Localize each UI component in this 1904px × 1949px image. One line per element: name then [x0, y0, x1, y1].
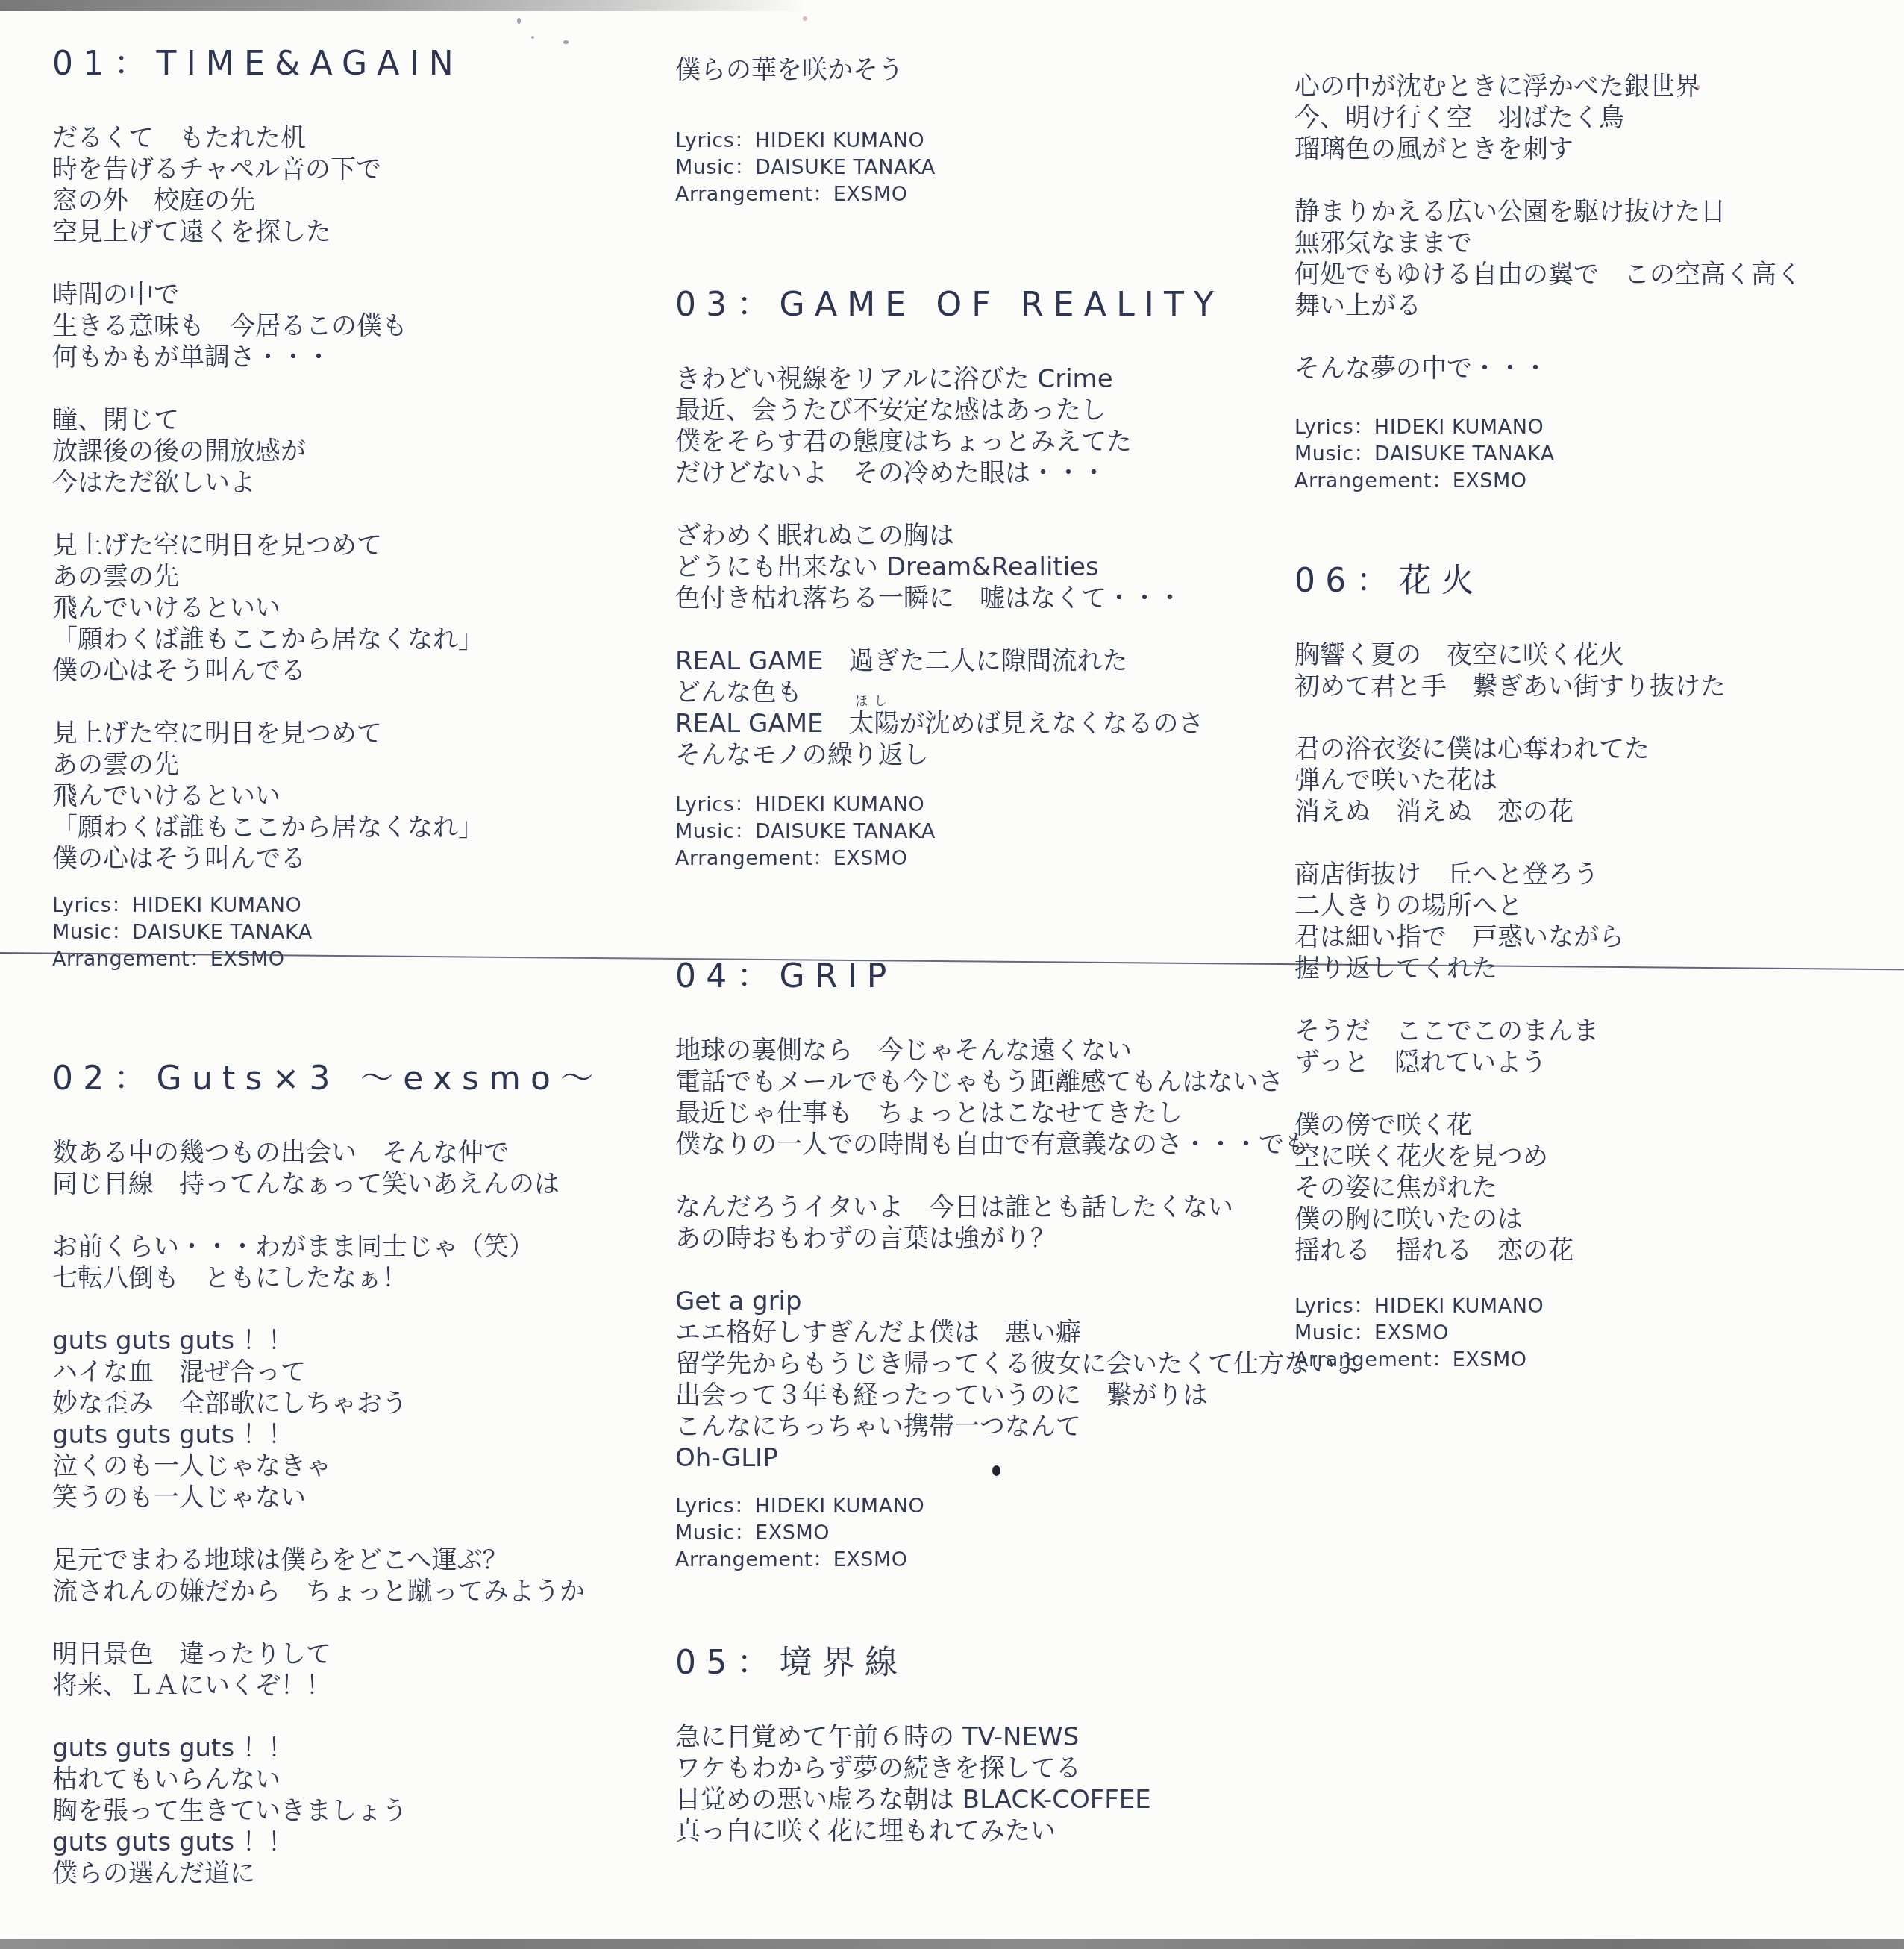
- song-03-credits: Lyrics：HIDEKI KUMANO Music：DAISUKE TANAK…: [675, 792, 1224, 872]
- credit-lyrics: Lyrics：HIDEKI KUMANO: [675, 1493, 1360, 1520]
- lyric-line: 「願わくば誰もここから居なくなれ」: [52, 624, 483, 655]
- lyric-line: どんな色も: [675, 677, 1224, 708]
- song-06-title: 06：花火: [1294, 562, 1726, 601]
- lyric-line: 生きる意味も 今居るこの僕も: [52, 310, 483, 342]
- song-05-section: 05：境界線 急に目覚めて午前６時の TV-NEWSワケもわからず夢の続きを探し…: [675, 1644, 1151, 1878]
- lyric-line: 留学先からもうじき帰ってくる彼女に会いたくて仕方ないよ: [675, 1348, 1360, 1380]
- lyric-line: 枯れてもいらんない: [52, 1764, 603, 1795]
- lyric-line: 何もかもが単調さ・・・: [52, 342, 483, 373]
- lyric-line: 何処でもゆける自由の翼で この空高く高く: [1294, 259, 1802, 290]
- lyric-line: 出会って３年も経ったっていうのに 繋がりは: [675, 1380, 1360, 1411]
- song-06-credits: Lyrics：HIDEKI KUMANO Music：EXSMO Arrange…: [1294, 1293, 1726, 1374]
- lyric-line: 妙な歪み 全部歌にしちゃおう: [52, 1388, 603, 1419]
- lyric-line: guts guts guts ！！: [52, 1325, 603, 1357]
- song-05-stanza-1: 急に目覚めて午前６時の TV-NEWSワケもわからず夢の続きを探してる目覚めの悪…: [675, 1721, 1151, 1847]
- lyric-line: 放課後の後の開放感が: [52, 436, 483, 467]
- credit-arrangement: Arrangement：EXSMO: [1294, 468, 1802, 495]
- furigana-prefix: REAL GAME: [675, 709, 849, 739]
- scan-bottom-edge-shadow: [0, 1939, 1904, 1949]
- lyric-line: 僕の傍で咲く花: [1294, 1110, 1726, 1141]
- credit-arrangement: Arrangement：EXSMO: [675, 181, 936, 208]
- credit-lyrics: Lyrics：HIDEKI KUMANO: [1294, 1293, 1726, 1320]
- booklet-page: { "songs": { "s01": { "title": "01：TIME&…: [0, 0, 1904, 1949]
- song-01-stanza-4: 見上げた空に明日を見つめてあの雲の先飛んでいけるといい「願わくば誰もここから居な…: [52, 530, 483, 686]
- lyric-line: 胸響く夏の 夜空に咲く花火: [1294, 639, 1726, 671]
- lyric-line: 時間の中で: [52, 279, 483, 310]
- lyric-line: 僕なりの一人での時間も自由で有意義なのさ・・・でも: [675, 1129, 1360, 1160]
- lyric-line: 見上げた空に明日を見つめて: [52, 530, 483, 561]
- scan-speckle: [563, 40, 569, 44]
- lyric-line: 僕らの選んだ道に: [52, 1858, 603, 1889]
- lyric-line: 弾んで咲いた花は: [1294, 765, 1726, 796]
- lyric-line: 今はただ欲しいよ: [52, 467, 483, 498]
- credit-lyrics: Lyrics：HIDEKI KUMANO: [675, 128, 936, 154]
- song-01-closing-line: 僕らの華を咲かそう: [675, 54, 936, 86]
- lyric-line: 心の中が沈むときに浮かべた銀世界: [1294, 71, 1802, 102]
- song-03-stanza-2: ざわめく眠れぬこの胸はどうにも出来ない Dream&Realities色付き枯れ…: [675, 520, 1224, 614]
- song-01-credits: Lyrics：HIDEKI KUMANO Music：DAISUKE TANAK…: [52, 892, 483, 973]
- song-02-stanza-6: guts guts guts ！！枯れてもいらんない胸を張って生きていきましょう…: [52, 1733, 603, 1889]
- lyric-line: 瑠璃色の風がときを刺す: [1294, 134, 1802, 165]
- lyric-line: ざわめく眠れぬこの胸は: [675, 520, 1224, 551]
- lyric-line: 時を告げるチャペル音の下で: [52, 154, 483, 185]
- credit-arrangement: Arrangement：EXSMO: [1294, 1347, 1726, 1374]
- furigana-base: 太陽: [849, 709, 900, 739]
- lyric-line: あの雲の先: [52, 749, 483, 780]
- song-03-title: 03：GAME OF REALITY: [675, 286, 1224, 325]
- lyric-line: 舞い上がる: [1294, 290, 1802, 322]
- credit-music: Music：EXSMO: [1294, 1320, 1726, 1347]
- lyric-line: 地球の裏側なら 今じゃそんな遠くない: [675, 1035, 1360, 1066]
- credit-lyrics: Lyrics：HIDEKI KUMANO: [675, 792, 1224, 819]
- song-03-stanza-3-tail: そんなモノの繰り返し: [675, 739, 1224, 771]
- song-05-stanza-3: 静まりかえる広い公園を駆け抜けた日無邪気なままで何処でもゆける自由の翼で この空…: [1294, 196, 1802, 322]
- lyric-line: 急に目覚めて午前６時の TV-NEWS: [675, 1721, 1151, 1753]
- song-02-title: 02：Guts×3 ～exsmo～: [52, 1060, 603, 1098]
- song-01-stanza-2: 時間の中で生きる意味も 今居るこの僕も何もかもが単調さ・・・: [52, 279, 483, 373]
- lyric-line: きわどい視線をリアルに浴びた Crime: [675, 363, 1224, 395]
- lyric-line: あの時おもわずの言葉は強がり？: [675, 1223, 1360, 1254]
- lyric-line: 初めて君と手 繋ぎあい街すり抜けた: [1294, 671, 1726, 702]
- lyric-line: ワケもわからず夢の続きを探してる: [675, 1753, 1151, 1784]
- lyric-line: そうだ ここでこのまんま: [1294, 1016, 1726, 1047]
- lyric-line: 君は細い指で 戸惑いながら: [1294, 922, 1726, 953]
- lyric-line: 笑うのも一人じゃない: [52, 1482, 603, 1513]
- lyric-line: 泣くのも一人じゃなきゃ: [52, 1451, 603, 1482]
- lyric-line: 胸を張って生きていきましょう: [52, 1795, 603, 1827]
- lyric-line: 握り返してくれた: [1294, 953, 1726, 984]
- lyric-line: 電話でもメールでも今じゃもう距離感てもんはないさ: [675, 1066, 1360, 1098]
- song-04-stanza-3: Get a gripエエ格好しすぎんだよ僕は 悪い癖留学先からもうじき帰ってくる…: [675, 1286, 1360, 1474]
- lyric-line: 七転八倒も ともにしたなぁ！: [52, 1263, 603, 1294]
- furigana-suffix: が沈めば見えなくなるのさ: [900, 709, 1204, 739]
- credit-music: Music：DAISUKE TANAKA: [675, 154, 936, 181]
- lyric-line: 飛んでいけるといい: [52, 780, 483, 812]
- lyric-line: 空に咲く花火を見つめ: [1294, 1141, 1726, 1172]
- song-01-continuation-section: 僕らの華を咲かそう Lyrics：HIDEKI KUMANO Music：DAI…: [675, 54, 936, 208]
- lyric-line: 窓の外 校庭の先: [52, 185, 483, 216]
- lyric-line: ハイな血 混ぜ合って: [52, 1357, 603, 1388]
- lyric-line: 見上げた空に明日を見つめて: [52, 718, 483, 749]
- lyric-line: お前くらい・・・わがまま同士じゃ（笑）: [52, 1231, 603, 1263]
- song-01-stanza-1: だるくて もたれた机時を告げるチャペル音の下で窓の外 校庭の先空見上げて遠くを探…: [52, 122, 483, 248]
- song-04-section: 04：GRIP 地球の裏側なら 今じゃそんな遠くない電話でもメールでも今じゃもう…: [675, 957, 1360, 1574]
- scan-speckle: [1697, 85, 1700, 89]
- lyric-line: 二人きりの場所へと: [1294, 890, 1726, 922]
- lyric-line: だるくて もたれた机: [52, 122, 483, 154]
- lyric-line: なんだろうイタいよ 今日は誰とも話したくない: [675, 1192, 1360, 1223]
- credit-arrangement: Arrangement：EXSMO: [675, 845, 1224, 872]
- lyric-line: 無邪気なままで: [1294, 228, 1802, 259]
- song-03-section: 03：GAME OF REALITY きわどい視線をリアルに浴びた Crime最…: [675, 286, 1224, 872]
- lyric-line: REAL GAME 過ぎた二人に隙間流れた: [675, 645, 1224, 677]
- lyric-line: 明日景色 違ったりして: [52, 1639, 603, 1670]
- ink-dot-speckle: [992, 1465, 1000, 1476]
- lyric-line: guts guts guts ！！: [52, 1419, 603, 1451]
- lyric-line: 流されんの嫌だから ちょっと蹴ってみようか: [52, 1576, 603, 1607]
- song-05-continuation-section: 心の中が沈むときに浮かべた銀世界今、明け行く空 羽ばたく鳥瑠璃色の風がときを刺す…: [1294, 71, 1802, 495]
- lyric-line: 真っ白に咲く花に埋もれてみたい: [675, 1815, 1151, 1847]
- song-01-stanza-5: 見上げた空に明日を見つめてあの雲の先飛んでいけるといい「願わくば誰もここから居な…: [52, 718, 483, 875]
- lyric-line: 最近、会うたび不安定な感はあったし: [675, 395, 1224, 426]
- song-01-section: 01：TIME&AGAIN だるくて もたれた机時を告げるチャペル音の下で窓の外…: [52, 45, 483, 973]
- scan-top-edge-shadow: [0, 0, 806, 11]
- credit-arrangement: Arrangement：EXSMO: [52, 946, 483, 973]
- song-02-section: 02：Guts×3 ～exsmo～ 数ある中の幾つもの出会い そんな仲で同じ目線…: [52, 1060, 603, 1921]
- scan-speckle: [531, 36, 534, 39]
- credit-lyrics: Lyrics：HIDEKI KUMANO: [1294, 414, 1802, 441]
- lyric-line: 静まりかえる広い公園を駆け抜けた日: [1294, 196, 1802, 228]
- lyric-line: 消えぬ 消えぬ 恋の花: [1294, 796, 1726, 828]
- lyric-line: 同じ目線 持ってんなぁって笑いあえんのは: [52, 1169, 603, 1200]
- lyric-line: だけどないよ その冷めた眼は・・・: [675, 457, 1224, 489]
- lyric-line: あの雲の先: [52, 561, 483, 592]
- lyric-line: 今、明け行く空 羽ばたく鳥: [1294, 102, 1802, 134]
- song-01-stanza-3: 瞳、閉じて放課後の後の開放感が今はただ欲しいよ: [52, 404, 483, 498]
- lyric-line: 僕の胸に咲いたのは: [1294, 1204, 1726, 1235]
- lyric-line: ずっと 隠れていよう: [1294, 1047, 1726, 1078]
- lyric-line: 空見上げて遠くを探した: [52, 216, 483, 248]
- lyric-line: その姿に焦がれた: [1294, 1172, 1726, 1204]
- song-05-closing-line: そんな夢の中で・・・: [1294, 353, 1802, 384]
- lyric-line: どうにも出来ない Dream&Realities: [675, 551, 1224, 583]
- credit-arrangement: Arrangement：EXSMO: [675, 1547, 1360, 1574]
- song-06-stanza-4: そうだ ここでこのまんまずっと 隠れていよう: [1294, 1016, 1726, 1078]
- song-04-credits: Lyrics：HIDEKI KUMANO Music：EXSMO Arrange…: [675, 1493, 1360, 1574]
- song-03-stanza-1: きわどい視線をリアルに浴びた Crime最近、会うたび不安定な感はあったし僕をそ…: [675, 363, 1224, 489]
- lyric-line: 将来、ＬＡにいくぞ！！: [52, 1670, 603, 1701]
- credit-lyrics: Lyrics：HIDEKI KUMANO: [52, 892, 483, 919]
- lyric-line: 最近じゃ仕事も ちょっとはこなせてきたし: [675, 1098, 1360, 1129]
- credit-music: Music：DAISUKE TANAKA: [1294, 441, 1802, 468]
- lyric-line: 「願わくば誰もここから居なくなれ」: [52, 812, 483, 843]
- credit-music: Music：DAISUKE TANAKA: [675, 819, 1224, 845]
- scan-speckle: [803, 16, 807, 21]
- song-02-stanza-3: guts guts guts ！！ハイな血 混ぜ合って妙な歪み 全部歌にしちゃお…: [52, 1325, 603, 1513]
- lyric-line: 足元でまわる地球は僕らをどこへ運ぶ？: [52, 1545, 603, 1576]
- song-03-furigana-line: REAL GAME ほし太陽が沈めば見えなくなるのさ: [675, 708, 1224, 739]
- lyric-line: guts guts guts ！！: [52, 1827, 603, 1858]
- lyric-line: こんなにちっちゃい携帯一つなんて: [675, 1411, 1360, 1442]
- lyric-line: 僕をそらす君の態度はちょっとみえてた: [675, 426, 1224, 457]
- furigana-reading: ほし: [855, 695, 893, 708]
- song-04-stanza-1: 地球の裏側なら 今じゃそんな遠くない電話でもメールでも今じゃもう距離感てもんはな…: [675, 1035, 1360, 1160]
- credit-music: Music：EXSMO: [675, 1520, 1360, 1547]
- song-06-stanza-5: 僕の傍で咲く花空に咲く花火を見つめその姿に焦がれた僕の胸に咲いたのは揺れる 揺れ…: [1294, 1110, 1726, 1266]
- lyric-line: エエ格好しすぎんだよ僕は 悪い癖: [675, 1317, 1360, 1348]
- lyric-line: Oh-GLIP: [675, 1442, 1360, 1474]
- scan-speckle: [517, 18, 521, 24]
- song-02-stanza-4: 足元でまわる地球は僕らをどこへ運ぶ？流されんの嫌だから ちょっと蹴ってみようか: [52, 1545, 603, 1607]
- lyric-line: guts guts guts ！！: [52, 1733, 603, 1764]
- song-01-credits-repeat: Lyrics：HIDEKI KUMANO Music：DAISUKE TANAK…: [675, 128, 936, 208]
- lyric-line: 瞳、閉じて: [52, 404, 483, 436]
- song-03-stanza-3-head: REAL GAME 過ぎた二人に隙間流れたどんな色も: [675, 645, 1224, 708]
- lyric-line: 商店街抜け 丘へと登ろう: [1294, 859, 1726, 890]
- credit-music: Music：DAISUKE TANAKA: [52, 919, 483, 946]
- song-05-stanza-2: 心の中が沈むときに浮かべた銀世界今、明け行く空 羽ばたく鳥瑠璃色の風がときを刺す: [1294, 71, 1802, 165]
- lyric-line: 色付き枯れ落ちる一瞬に 嘘はなくて・・・: [675, 583, 1224, 614]
- song-06-stanza-1: 胸響く夏の 夜空に咲く花火初めて君と手 繋ぎあい街すり抜けた: [1294, 639, 1726, 702]
- lyric-line: 僕の心はそう叫んでる: [52, 655, 483, 686]
- song-02-stanza-2: お前くらい・・・わがまま同士じゃ（笑）七転八倒も ともにしたなぁ！: [52, 1231, 603, 1294]
- lyric-line: 数ある中の幾つもの出会い そんな仲で: [52, 1137, 603, 1169]
- lyric-line: 揺れる 揺れる 恋の花: [1294, 1235, 1726, 1266]
- lyric-line: 飛んでいけるといい: [52, 592, 483, 624]
- song-04-stanza-2: なんだろうイタいよ 今日は誰とも話したくないあの時おもわずの言葉は強がり？: [675, 1192, 1360, 1254]
- song-02-stanza-5: 明日景色 違ったりして将来、ＬＡにいくぞ！！: [52, 1639, 603, 1701]
- song-05-title: 05：境界線: [675, 1644, 1151, 1683]
- song-02-stanza-1: 数ある中の幾つもの出会い そんな仲で同じ目線 持ってんなぁって笑いあえんのは: [52, 1137, 603, 1200]
- lyric-line: Get a grip: [675, 1286, 1360, 1317]
- song-03-stanza-3: REAL GAME 過ぎた二人に隙間流れたどんな色も REAL GAME ほし太…: [675, 645, 1224, 771]
- song-06-stanza-2: 君の浴衣姿に僕は心奪われてた弾んで咲いた花は消えぬ 消えぬ 恋の花: [1294, 733, 1726, 828]
- lyric-line: 僕の心はそう叫んでる: [52, 843, 483, 875]
- furigana-ruby-group: ほし太陽: [849, 708, 900, 739]
- lyric-line: 君の浴衣姿に僕は心奪われてた: [1294, 733, 1726, 765]
- song-01-title: 01：TIME&AGAIN: [52, 45, 483, 84]
- song-05-credits: Lyrics：HIDEKI KUMANO Music：DAISUKE TANAK…: [1294, 414, 1802, 495]
- lyric-line: 目覚めの悪い虚ろな朝は BLACK-COFFEE: [675, 1784, 1151, 1815]
